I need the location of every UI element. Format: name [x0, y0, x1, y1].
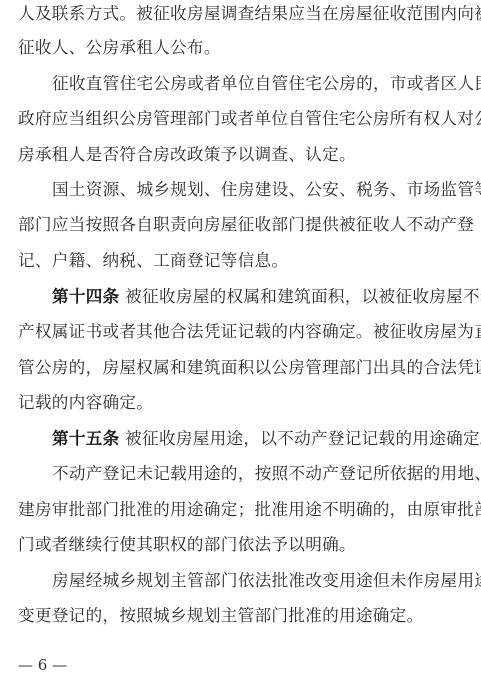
text-line: 征收人、公房承租人公布。 — [18, 37, 221, 59]
text-line: 国土资源、城乡规划、住房建设、公安、税务、市场监管等 — [52, 179, 460, 201]
article-text: 被征收房屋用途，以不动产登记记载的用途确定。 — [120, 429, 481, 448]
text-line: 政府应当组织公房管理部门或者单位自管住宅公房所有权人对公 — [18, 108, 460, 130]
article-heading: 第十五条 — [52, 429, 120, 448]
text-line: 管公房的，房屋权属和建筑面积以公房管理部门出具的合法凭证 — [18, 357, 460, 379]
text-line: 记、户籍、纳税、工商登记等信息。 — [18, 250, 288, 272]
text-line: 房屋经城乡规划主管部门依法批准改变用途但未作房屋用途 — [52, 570, 460, 592]
text-line: 建房审批部门批准的用途确定；批准用途不明确的，由原审批部 — [18, 499, 460, 521]
text-line: 变更登记的，按照城乡规划主管部门批准的用途确定。 — [18, 605, 423, 627]
text-line: 不动产登记未记载用途的，按照不动产登记所依据的用地、 — [52, 463, 460, 485]
text-line: 征收直管住宅公房或者单位自管住宅公房的，市或者区人民 — [52, 73, 460, 95]
text-line: 记载的内容确定。 — [18, 392, 153, 414]
page-number: — 6 — — [18, 655, 67, 675]
article-15-line: 第十五条 被征收房屋用途，以不动产登记记载的用途确定。 — [52, 428, 481, 450]
text-line: 人及联系方式。被征收房屋调查结果应当在房屋征收范围内向被 — [18, 3, 460, 25]
text-line: 房承租人是否符合房改政策予以调查、认定。 — [18, 144, 356, 166]
article-text: 被征收房屋的权属和建筑面积，以被征收房屋不动 — [120, 287, 481, 306]
text-line: 部门应当按照各自职责向房屋征收部门提供被征收人不动产登 — [18, 214, 460, 236]
text-line: 产权属证书或者其他合法凭证记载的内容确定。被征收房屋为直 — [18, 321, 460, 343]
article-heading: 第十四条 — [52, 287, 120, 306]
text-line: 门或者继续行使其职权的部门依法予以明确。 — [18, 534, 356, 556]
article-14-line: 第十四条 被征收房屋的权属和建筑面积，以被征收房屋不动 — [52, 286, 481, 308]
